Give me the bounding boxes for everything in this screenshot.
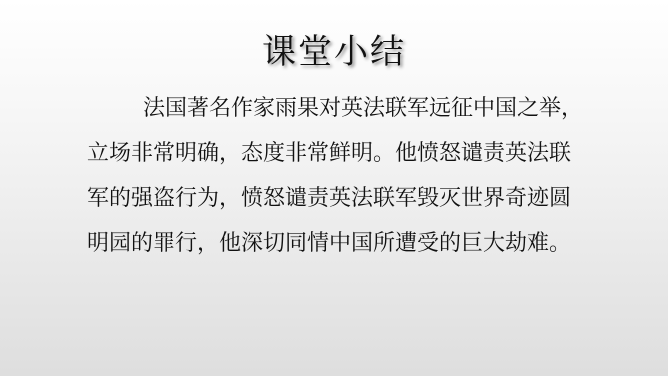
paragraph-line: 立场非常明确，态度非常鲜明。他愤怒谴责英法联: [87, 131, 617, 176]
paragraph-line: 法国著名作家雨果对英法联军远征中国之举，: [87, 86, 617, 131]
slide: 课堂小结 法国著名作家雨果对英法联军远征中国之举， 立场非常明确，态度非常鲜明。…: [0, 0, 668, 376]
paragraph-line: 军的强盗行为，愤怒谴责英法联军毁灭世界奇迹圆: [87, 176, 617, 221]
paragraph-line: 明园的罪行，他深切同情中国所遭受的巨大劫难。: [87, 221, 617, 266]
summary-paragraph: 法国著名作家雨果对英法联军远征中国之举， 立场非常明确，态度非常鲜明。他愤怒谴责…: [87, 86, 617, 266]
slide-title: 课堂小结: [0, 30, 668, 74]
